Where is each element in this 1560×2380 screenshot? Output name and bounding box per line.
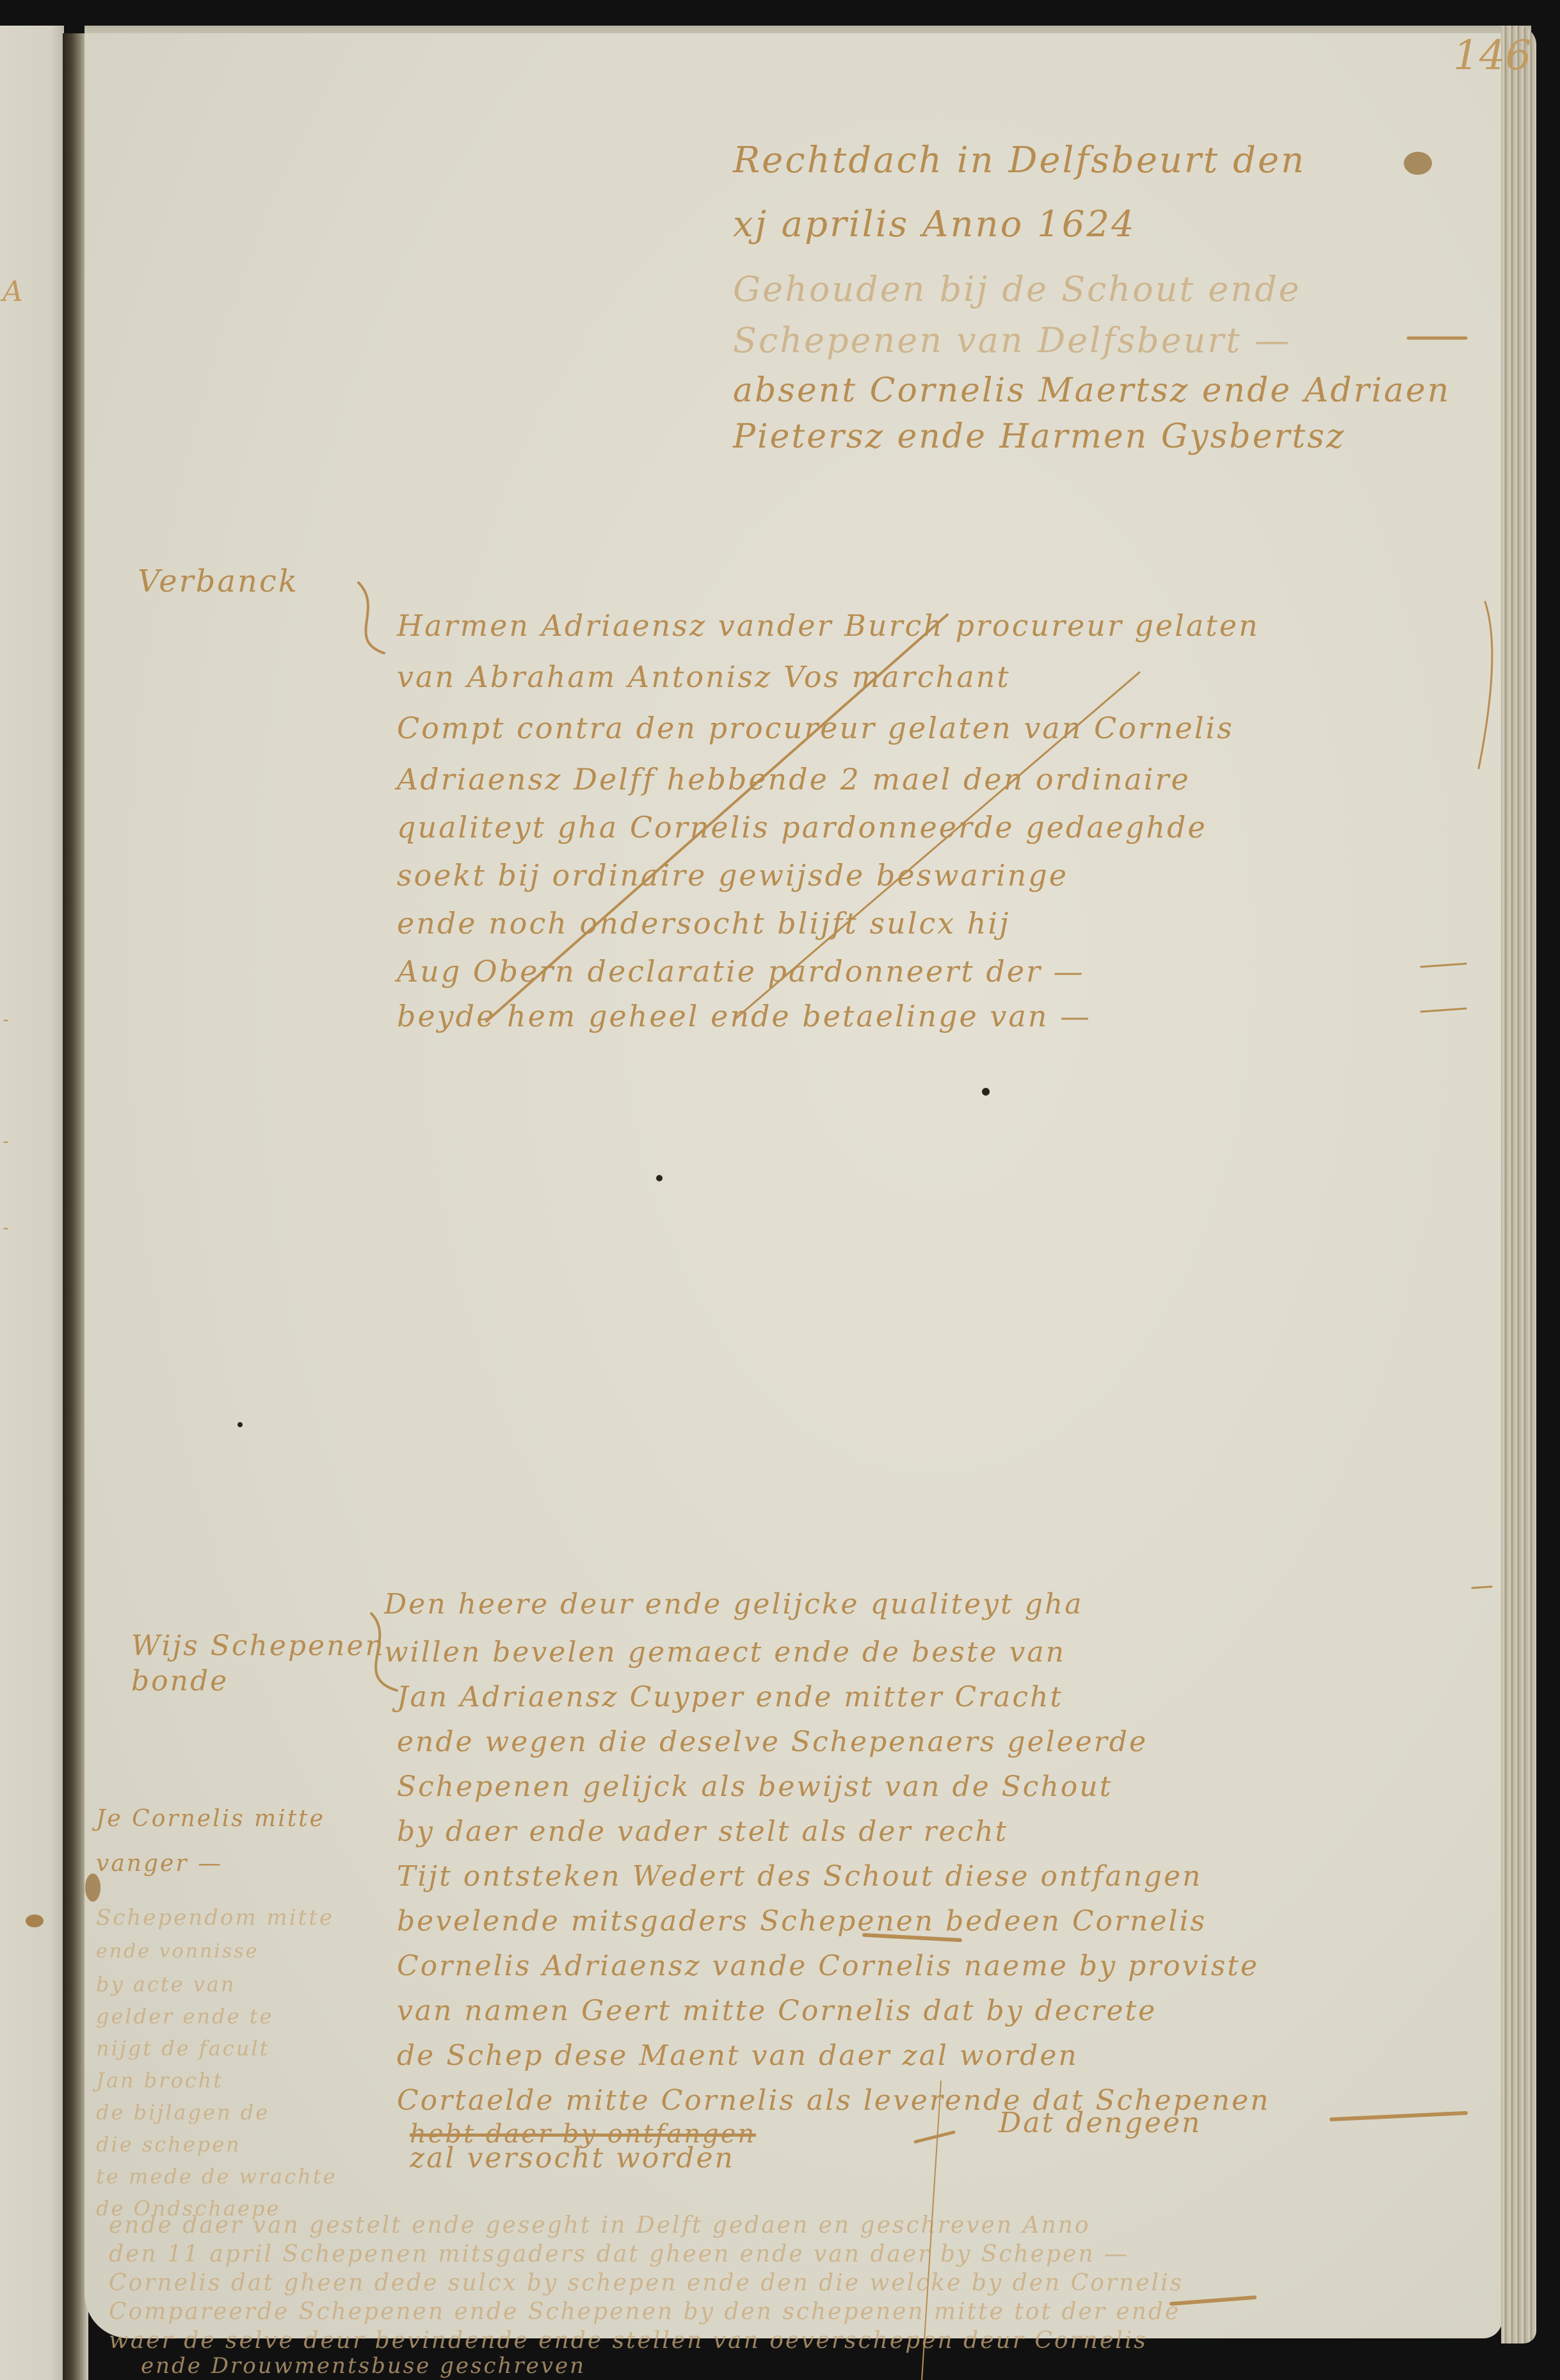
margin-label: bonde [131, 1665, 229, 1697]
entry-line: ende wegen die deselve Schepenaers gelee… [397, 1726, 1148, 1758]
footer-line: Compareerde Schepenen ende Schepenen by … [109, 2299, 1180, 2325]
margin-note: te mede de wrachte [96, 2164, 337, 2189]
footer-line: Cornelis dat gheen dede sulcx by schepen… [109, 2270, 1184, 2296]
margin-note: de bijlagen de [96, 2100, 269, 2125]
entry-line: qualiteyt gha Cornelis pardonneerde geda… [397, 810, 1207, 845]
entry-line: van namen Geert mitte Cornelis dat by de… [397, 1995, 1157, 2027]
header-line: Rechtdach in Delfsbeurt den [733, 140, 1306, 181]
margin-note: die schepen [96, 2132, 241, 2157]
margin-note: gelder ende te [96, 2004, 273, 2028]
entry-line: willen bevelen gemaect ende de beste van [384, 1636, 1066, 1669]
header-line: Pietersz ende Harmen Gysbertsz [733, 417, 1346, 456]
header-line: Gehouden bij de Schout ende [733, 269, 1301, 309]
footer-line: ende daer van gestelt ende geseght in De… [109, 2212, 1091, 2238]
struck-text: hebt daer by ontfangen [410, 2119, 756, 2149]
entry-line: soekt bij ordinaire gewijsde beswaringe [397, 858, 1068, 893]
ink-blot [26, 1915, 44, 1927]
footer-line: waer de selve deur bevindende ende stell… [109, 2327, 1148, 2354]
header-line: Schepenen van Delfsbeurt — [733, 320, 1291, 360]
entry-line: Jan Adriaensz Cuyper ende mitter Cracht [397, 1681, 1063, 1713]
entry-line: Harmen Adriaensz vander Burch procureur … [397, 608, 1260, 643]
entry-line: Adriaensz Delff hebbende 2 mael den ordi… [397, 762, 1191, 797]
margin-label: Verbanck [138, 563, 299, 599]
facing-page-mark: - [3, 1217, 9, 1239]
entry-line: Compt contra den procureur gelaten van C… [397, 711, 1234, 745]
margin-note: Jan brocht [96, 2068, 223, 2093]
margin-label: Wijs Schepenen [131, 1630, 385, 1662]
folio-number: 146 [1453, 32, 1531, 79]
entry-line: Cornelis Adriaensz vande Cornelis naeme … [397, 1950, 1259, 1982]
entry-line: Tijt ontsteken Wedert des Schout diese o… [397, 1860, 1202, 1893]
margin-note: by acte van [96, 1972, 236, 1996]
entry-line: by daer ende vader stelt als der recht [397, 1815, 1008, 1848]
entry-line: Aug Obern declaratie pardonneert der — [397, 954, 1085, 989]
header-line: absent Cornelis Maertsz ende Adriaen [733, 371, 1451, 410]
entry-line: Den heere deur ende gelijcke qualiteyt g… [384, 1588, 1083, 1621]
facing-page-mark: A [3, 275, 23, 308]
entry-line: Schepenen gelijck als bewijst van de Sch… [397, 1770, 1113, 1803]
margin-note: Schependom mitte [96, 1905, 334, 1931]
entry-line: de Schep dese Maent van daer zal worden [397, 2039, 1079, 2072]
margin-note: nijgt de facult [96, 2036, 269, 2060]
entry-line: ende noch ondersocht blijft sulcx hij [397, 906, 1010, 941]
page-stack-edge [1501, 26, 1536, 2344]
footer-line: den 11 april Schepenen mitsgaders dat gh… [109, 2241, 1129, 2267]
entry-line: bevelende mitsgaders Schepenen bedeen Co… [397, 1905, 1207, 1938]
facing-page-edge: A - - - [0, 26, 64, 2380]
margin-note: vanger — [96, 1850, 223, 1877]
margin-note: Je Cornelis mitte [96, 1806, 325, 1832]
entry-line: van Abraham Antonisz Vos marchant [397, 660, 1011, 694]
header-line: xj aprilis Anno 1624 [733, 204, 1136, 245]
entry-line: beyde hem geheel ende betaelinge van — [397, 999, 1091, 1033]
margin-note: ende vonnisse [96, 1940, 259, 1963]
entry-line: Dat dengeen [999, 2107, 1202, 2139]
facing-page-mark: - [3, 1008, 9, 1031]
facing-page-mark: - [3, 1130, 9, 1153]
footer-line: ende Drouwmentsbuse geschreven [141, 2353, 586, 2379]
